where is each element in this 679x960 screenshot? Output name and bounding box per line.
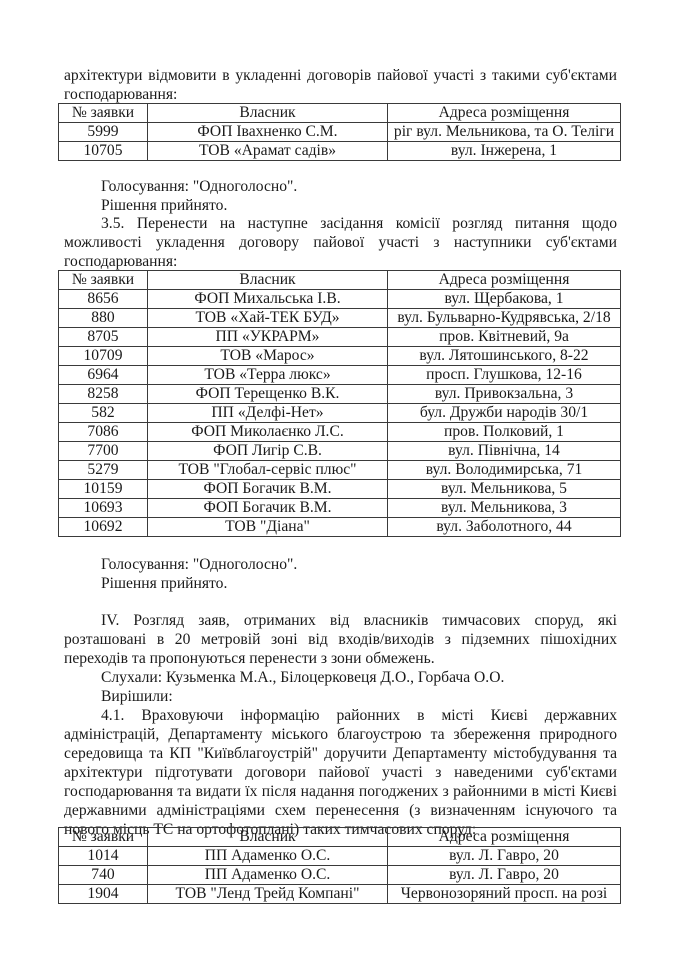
cell-number: 10709 <box>59 347 148 366</box>
cell-owner: ТОВ «Терра люкс» <box>148 366 388 385</box>
heard-paragraph: Слухали: Кузьменка М.А., Білоцерковеця Д… <box>64 668 617 687</box>
table-row: 582ПП «Делфі-Нет»бул. Дружби народів 30/… <box>59 404 621 423</box>
cell-owner: ФОП Терещенко В.К. <box>148 385 388 404</box>
intro-paragraph: архітектури відмовити в укладенні догово… <box>64 66 617 104</box>
cell-address: вул. Бульварно-Кудрявська, 2/18 <box>388 309 621 328</box>
header-address: Адреса розміщення <box>388 828 621 847</box>
cell-owner: ПП «УКРАРМ» <box>148 328 388 347</box>
header-owner: Власник <box>148 828 388 847</box>
table-row: 10159ФОП Богачик В.М.вул. Мельникова, 5 <box>59 480 621 499</box>
table-row: 6964ТОВ «Терра люкс»просп. Глушкова, 12-… <box>59 366 621 385</box>
table-row: 5279ТОВ "Глобал-сервіс плюс"вул. Володим… <box>59 461 621 480</box>
relocation-table: № заявки Власник Адреса розміщення 1014П… <box>58 827 621 904</box>
cell-address: пров. Полковий, 1 <box>388 423 621 442</box>
cell-address: вул. Володимирська, 71 <box>388 461 621 480</box>
cell-number: 10693 <box>59 499 148 518</box>
postpone-table: № заявки Власник Адреса розміщення 8656Ф… <box>58 270 621 537</box>
table-row: 10693ФОП Богачик В.М.вул. Мельникова, 3 <box>59 499 621 518</box>
item-4-1-paragraph: 4.1. Враховуючи інформацію районних в мі… <box>64 706 617 839</box>
cell-number: 6964 <box>59 366 148 385</box>
cell-number: 582 <box>59 404 148 423</box>
cell-number: 8258 <box>59 385 148 404</box>
table-row: 7700ФОП Лигір С.В.вул. Північна, 14 <box>59 442 621 461</box>
cell-owner: ТОВ «Марос» <box>148 347 388 366</box>
cell-address: ріг вул. Мельникова, та О. Теліги <box>388 123 621 142</box>
cell-number: 10705 <box>59 142 148 161</box>
cell-number: 10692 <box>59 518 148 537</box>
refusal-table: № заявки Власник Адреса розміщення 5999Ф… <box>58 103 621 161</box>
cell-owner: ТОВ "Ленд Трейд Компані" <box>148 885 388 904</box>
cell-number: 7700 <box>59 442 148 461</box>
decision-result-1: Рішення прийнято. <box>64 196 617 215</box>
cell-number: 10159 <box>59 480 148 499</box>
table-header-row: № заявки Власник Адреса розміщення <box>59 271 621 290</box>
cell-address: вул. Мельникова, 5 <box>388 480 621 499</box>
cell-address: пров. Квітневий, 9а <box>388 328 621 347</box>
cell-number: 7086 <box>59 423 148 442</box>
decision-result-2: Рішення прийнято. <box>64 574 617 593</box>
cell-number: 1014 <box>59 847 148 866</box>
cell-owner: ПП Адаменко О.С. <box>148 847 388 866</box>
cell-address: вул. Щербакова, 1 <box>388 290 621 309</box>
cell-address: вул. Заболотного, 44 <box>388 518 621 537</box>
cell-owner: ФОП Богачик В.М. <box>148 480 388 499</box>
header-owner: Власник <box>148 271 388 290</box>
header-owner: Власник <box>148 104 388 123</box>
cell-address: вул. Л. Гавро, 20 <box>388 866 621 885</box>
cell-owner: ФОП Миколаєнко Л.С. <box>148 423 388 442</box>
document-page: архітектури відмовити в укладенні догово… <box>0 0 679 960</box>
cell-number: 5279 <box>59 461 148 480</box>
table-row: 10692ТОВ "Діана"вул. Заболотного, 44 <box>59 518 621 537</box>
table-row: 5999ФОП Івахненко С.М.ріг вул. Мельников… <box>59 123 621 142</box>
cell-address: Червонозоряний просп. на розі <box>388 885 621 904</box>
decided-label: Вирішили: <box>64 687 617 706</box>
cell-number: 740 <box>59 866 148 885</box>
table-row: 8258ФОП Терещенко В.К.вул. Привокзальна,… <box>59 385 621 404</box>
cell-number: 880 <box>59 309 148 328</box>
table-header-row: № заявки Власник Адреса розміщення <box>59 828 621 847</box>
vote-result-1: Голосування: "Одноголосно". <box>64 177 617 196</box>
cell-address: вул. Л. Гавро, 20 <box>388 847 621 866</box>
header-address: Адреса розміщення <box>388 271 621 290</box>
table-header-row: № заявки Власник Адреса розміщення <box>59 104 621 123</box>
cell-owner: ФОП Михальська І.В. <box>148 290 388 309</box>
cell-owner: ТОВ "Діана" <box>148 518 388 537</box>
cell-owner: ФОП Івахненко С.М. <box>148 123 388 142</box>
cell-number: 8656 <box>59 290 148 309</box>
header-number: № заявки <box>59 104 148 123</box>
table-row: 740ПП Адаменко О.С.вул. Л. Гавро, 20 <box>59 866 621 885</box>
cell-address: вул. Північна, 14 <box>388 442 621 461</box>
cell-owner: ТОВ «Хай-ТЕК БУД» <box>148 309 388 328</box>
cell-address: вул. Лятошинського, 8-22 <box>388 347 621 366</box>
table-row: 10709ТОВ «Марос»вул. Лятошинського, 8-22 <box>59 347 621 366</box>
table-row: 880ТОВ «Хай-ТЕК БУД»вул. Бульварно-Кудря… <box>59 309 621 328</box>
section-3-5-paragraph: 3.5. Перенести на наступне засідання ком… <box>64 214 617 271</box>
cell-address: просп. Глушкова, 12-16 <box>388 366 621 385</box>
header-number: № заявки <box>59 271 148 290</box>
table-row: 1014ПП Адаменко О.С.вул. Л. Гавро, 20 <box>59 847 621 866</box>
cell-address: вул. Привокзальна, 3 <box>388 385 621 404</box>
table-row: 8705ПП «УКРАРМ»пров. Квітневий, 9а <box>59 328 621 347</box>
cell-owner: ФОП Лигір С.В. <box>148 442 388 461</box>
vote-result-2: Голосування: "Одноголосно". <box>64 555 617 574</box>
cell-owner: ФОП Богачик В.М. <box>148 499 388 518</box>
section-4-paragraph: IV. Розгляд заяв, отриманих від власникі… <box>64 611 617 668</box>
cell-address: бул. Дружби народів 30/1 <box>388 404 621 423</box>
cell-owner: ТОВ "Глобал-сервіс плюс" <box>148 461 388 480</box>
cell-number: 5999 <box>59 123 148 142</box>
header-number: № заявки <box>59 828 148 847</box>
cell-owner: ПП Адаменко О.С. <box>148 866 388 885</box>
cell-address: вул. Інжерена, 1 <box>388 142 621 161</box>
cell-owner: ПП «Делфі-Нет» <box>148 404 388 423</box>
table-row: 1904ТОВ "Ленд Трейд Компані"Червонозорян… <box>59 885 621 904</box>
cell-owner: ТОВ «Арамат садів» <box>148 142 388 161</box>
cell-number: 1904 <box>59 885 148 904</box>
table-row: 8656ФОП Михальська І.В.вул. Щербакова, 1 <box>59 290 621 309</box>
table-row: 10705ТОВ «Арамат садів»вул. Інжерена, 1 <box>59 142 621 161</box>
table-row: 7086ФОП Миколаєнко Л.С.пров. Полковий, 1 <box>59 423 621 442</box>
header-address: Адреса розміщення <box>388 104 621 123</box>
cell-address: вул. Мельникова, 3 <box>388 499 621 518</box>
cell-number: 8705 <box>59 328 148 347</box>
